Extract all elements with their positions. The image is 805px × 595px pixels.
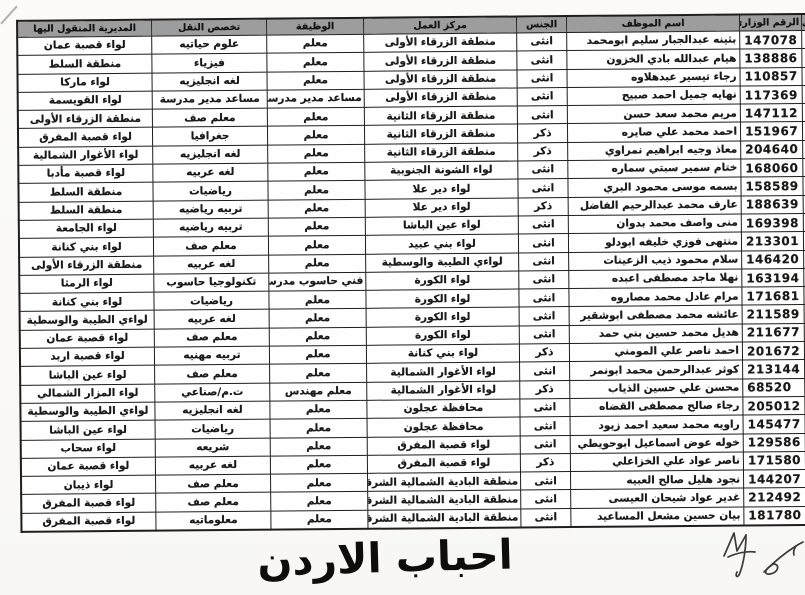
cell-employee_name: معاذ وجيه ابراهيم نمراوي [568,141,741,161]
cell-work_center: منطقة البادية الشمالية الشرقية [368,472,521,492]
cell-gender: انثى [517,106,567,125]
cell-gender: انثى [520,398,570,417]
cell-employee_name: احمد محمد علي صايره [567,123,740,143]
cell-transfer_specialty: معلم صف [152,108,267,127]
cell-gender: انثى [517,69,567,88]
cell-work_center: لواء قصبة المفرق [367,454,520,474]
cell-job_title: معلم [267,71,364,90]
cell-gender: انثى [520,417,570,436]
cell-work_center: لواء عين الباشا [365,216,518,236]
cell-directorate_to: لواء قصبة المفرق [21,494,156,513]
cell-job_title: معلم [267,34,364,53]
cell-gender: ذكر [520,380,570,399]
cell-employee_name: عائشه محمد مصطفى ابوشقير [569,305,742,325]
cell-work_center: منطقة الزرقاء الأولى [364,70,517,90]
cell-employee_name: بيان حسين مشعل المساعيد [571,507,744,527]
cell-job_title: معلم [268,199,365,218]
cell-employee_name: محسن علي حسين الذياب [570,379,743,399]
cell-job_title: معلم [267,53,364,72]
cell-work_center: لواء دير علا [365,198,518,218]
cell-ministry_number: 129586 [743,433,805,452]
cell-work_center: محافظة عجلون [367,399,520,419]
cell-employee_name: نهلا ماجد مصطفى اعبده [569,269,742,289]
cell-transfer_specialty: ت.م/صناعي [155,383,270,402]
cell-employee_name: ختام سمير سبتي سماره [568,159,741,179]
cell-employee_name: كوثر عبدالرحمن محمد ابونمر [570,360,743,380]
cell-job_title: معلم [269,254,366,273]
cell-transfer_specialty: مساعد مدير مدرسة [152,90,267,109]
cell-transfer_specialty: تربيه رياضيه [153,200,268,219]
cell-employee_name: غدير عواد شيحان العيسى [571,488,744,508]
cell-directorate_to: لواء الجامعة [19,219,154,238]
cell-gender: انثى [517,33,567,52]
cell-transfer_specialty: معلم صف [156,474,271,493]
cell-transfer_specialty: تربيه رياضيه [153,218,268,237]
cell-transfer_specialty: لغه انجليزيه [153,145,268,164]
cell-directorate_to: لواء بني كنانة [19,292,154,311]
cell-ministry_number: 169398 [741,213,803,232]
cell-transfer_specialty: لغه انجليزيه [155,401,270,420]
cell-job_title: معلم [268,181,365,200]
cell-job_title: معلم [270,437,367,456]
cell-directorate_to: لواء ماركا [18,73,153,92]
cell-job_title: معلم مهندس [270,382,367,401]
cell-gender: انثى [519,270,569,289]
cell-ministry_number: 204640 [741,140,803,159]
cell-directorate_to: لواءي الطيبة والوسطية [20,402,155,421]
cell-directorate_to: لواء سحاب [21,439,156,458]
cell-gender: انثى [517,87,567,106]
cell-gender: انثى [519,252,569,271]
cell-ministry_number: 205012 [743,396,805,415]
cell-job_title: معلم [271,510,368,530]
cell-work_center: لواء بني كنانة [366,344,519,364]
column-header-transfer_specialty: تخصص النقل [152,19,267,37]
cell-transfer_specialty: معلوماتيه [156,511,271,531]
cell-ministry_number: 147078 [740,31,802,50]
cell-transfer_specialty: لغه عربيه [154,255,269,274]
cell-work_center: منطقة الزرقاء الثانية [364,124,517,144]
cell-ministry_number: 117369 [740,85,802,104]
cell-employee_name: رجاء صالح مصطفى القضاه [570,397,743,417]
cell-employee_name: مريم محمد سعد حسن [567,104,740,124]
column-header-employee_name: اسم الموظف [567,15,740,33]
cell-transfer_specialty: رياضيات [154,291,269,310]
cell-employee_name: منى واصف محمد بدوان [568,214,741,234]
cell-ministry_number: 181780 [744,506,805,525]
cell-ministry_number: 213144 [743,360,805,379]
cell-gender: ذكر [519,344,569,363]
cell-ministry_number: 151967 [740,122,802,141]
cell-ministry_number: 211677 [742,323,804,342]
cell-directorate_to: لواء القويسمة [18,91,153,110]
column-header-job_title: الوظيفة [267,18,364,35]
cell-job_title: معلم [268,144,365,163]
cell-work_center: منطقة الزرقاء الأولى [364,51,517,71]
cell-directorate_to: لواء الرمثا [19,274,154,293]
cell-directorate_to: لواء ذيبان [21,475,156,494]
cell-directorate_to: لواء بني كنانة [19,237,154,256]
cell-ministry_number: 211589 [742,305,804,324]
cell-gender: انثى [519,325,569,344]
cell-job_title: معلم [269,309,366,328]
cell-job_title: معلم [268,217,365,236]
cell-directorate_to: منطقة السلط [17,54,152,73]
cell-job_title: معلم [267,108,364,127]
cell-job_title: معلم [270,364,367,383]
cell-transfer_specialty: فيزياء [152,53,267,72]
cell-job_title: معلم [271,492,368,511]
column-header-directorate_to: المديرية المنقول اليها [17,20,152,38]
cell-employee_name: راويه محمد سعيد احمد زيود [570,415,743,435]
cell-directorate_to: لواء الأغوار الشمالية [18,146,153,165]
column-header-work_center: مركز العمل [364,16,517,34]
cell-job_title: معلم [268,162,365,181]
cell-work_center: لواءي الطيبة والوسطية [366,253,519,273]
cell-employee_name: بثينه عبدالجبار سليم ابومحمد [567,31,740,51]
watermark-text: احباب الاردن [204,529,565,587]
cell-work_center: منطقة الزرقاء الثانية [364,106,517,126]
cell-ministry_number: 68520 [743,378,805,397]
cell-employee_name: منتهى فوزي خليفه ابودلو [568,232,741,252]
handwritten-signature-icon [720,526,805,586]
cell-job_title: معلم [270,400,367,419]
cell-directorate_to: منطقة الزرقاء الأولى [18,109,153,128]
cell-job_title: معلم [267,126,364,145]
cell-gender: انثى [517,51,567,70]
cell-employee_name: نهايه جميل احمد صبيح [567,86,740,106]
cell-work_center: لواء الأغوار الشمالية [367,362,520,382]
cell-directorate_to: لواء قصبة المفرق [18,128,153,147]
cell-directorate_to: منطقة السلط [18,183,153,202]
cell-transfer_specialty: تكنولوجيا حاسوب [154,273,269,292]
cell-directorate_to: منطقة السلط [19,201,154,220]
transfer-table-body: 28147078بثينه عبدالجبار سليم ابومحمدانثى… [17,30,805,532]
cell-employee_name: هديل محمد حسين بني حمد [569,324,742,344]
cell-transfer_specialty: لغه عربيه [154,310,269,329]
cell-ministry_number: 144207 [743,470,805,489]
cell-work_center: منطقة الزرقاء الأولى [364,33,517,53]
cell-transfer_specialty: لغه انجليزيه [152,72,267,91]
cell-directorate_to: لواء قصبة مأدبا [18,164,153,183]
cell-work_center: لواء الكورة [366,289,519,309]
cell-employee_name: رجاء تيسير عبدهلاوه [567,68,740,88]
cell-work_center: لواء الكورة [366,271,519,291]
cell-work_center: لواء بني عبيد [365,234,518,254]
cell-work_center: لواء الشونة الجنوبية [365,161,518,181]
cell-employee_name: مرام عادل محمد مصاروه [569,287,742,307]
cell-employee_name: عارف محمد عبدالرحيم الفاضل [568,196,741,216]
column-header-ministry_number: الرقم الوزاري [740,14,802,31]
cell-gender: ذكر [518,197,568,216]
cell-transfer_specialty: معلم صف [156,493,271,512]
cell-directorate_to: لواء عين الباشا [21,420,156,439]
cell-transfer_specialty: معلم صف [153,236,268,255]
cell-employee_name: بسمه موسى محمود البري [568,177,741,197]
cell-directorate_to: منطقة الزرقاء الأولى [19,256,154,275]
cell-ministry_number: 212492 [744,488,805,507]
cell-transfer_specialty: لغه عربيه [153,163,268,182]
cell-gender: انثى [518,234,568,253]
column-header-gender: الجنس [517,16,567,33]
cell-work_center: منطقة البادية الشمالية الشرقية [368,509,521,529]
cell-transfer_specialty: تربيه مهنيه [154,346,269,365]
cell-gender: انثى [520,472,570,491]
cell-gender: انثى [520,435,570,454]
cell-job_title: معلم [270,419,367,438]
cell-gender: انثى [521,508,571,527]
cell-serial: 28 [802,30,805,49]
cell-work_center: لواء الكورة [366,326,519,346]
cell-directorate_to: لواء قصبة عمان [17,36,152,55]
cell-ministry_number: 158589 [741,177,803,196]
cell-transfer_specialty: شريعه [155,438,270,457]
cell-employee_name: سلام محمود ذيب الزعينات [569,251,742,271]
cell-employee_name: خوله عوض اسماعيل ابوحويطي [570,434,743,454]
cell-employee_name: هيام عبدالله بادي الخزون [567,49,740,69]
cell-gender: ذكر [518,142,568,161]
cell-ministry_number: 145477 [743,415,805,434]
cell-work_center: منطقة الزرقاء الثانية [365,143,518,163]
cell-transfer_specialty: معلم صف [155,365,270,384]
cell-transfer_specialty: علوم حياتيه [152,35,267,54]
cell-job_title: مساعد مدير مدرسه [267,89,364,108]
cell-work_center: منطقة الزرقاء الأولى [364,88,517,108]
cell-gender: ذكر [517,124,567,143]
cell-ministry_number: 110857 [740,67,802,86]
transfer-table: تسلسلالرقم الوزارياسم الموظفالجنسمركز ال… [16,13,805,533]
cell-gender: انثى [518,216,568,235]
cell-transfer_specialty: رياضيات [155,419,270,438]
cell-transfer_specialty: رياضيات [153,182,268,201]
cell-ministry_number: 213301 [741,232,803,251]
cell-ministry_number: 168060 [741,159,803,178]
cell-employee_name: نجود هليل صالح العبيه [570,470,743,490]
cell-directorate_to: لواء قصبة اربد [20,347,155,366]
cell-transfer_specialty: جغرافيا [152,127,267,146]
transfer-table-container: تسلسلالرقم الوزارياسم الموظفالجنسمركز ال… [16,13,805,533]
cell-job_title: معلم [269,345,366,364]
cell-ministry_number: 201672 [742,342,804,361]
cell-work_center: منطقة البادية الشمالية الشرقية [368,490,521,510]
cell-job_title: معلم [268,236,365,255]
cell-gender: انثى [521,490,571,509]
cell-directorate_to: لواء قصبة عمان [21,457,156,476]
cell-job_title: فني حاسوب مدرسة [269,272,366,291]
cell-directorate_to: لواء عين الباشا [20,366,155,385]
cell-employee_name: احمد ناصر علي المومني [569,342,742,362]
cell-directorate_to: لواء المزار الشمالي [20,384,155,403]
cell-gender: انثى [518,179,568,198]
cell-ministry_number: 163194 [742,268,804,287]
cell-gender: انثى [519,289,569,308]
cell-employee_name: ناصر عواد علي الخزاعلي [570,452,743,472]
cell-ministry_number: 138886 [740,49,802,68]
cell-work_center: لواء الكورة [366,307,519,327]
cell-work_center: محافظة عجلون [367,417,520,437]
cell-ministry_number: 146420 [742,250,804,269]
cell-work_center: لواء دير علا [365,179,518,199]
cell-ministry_number: 147112 [740,104,802,123]
cell-ministry_number: 171580 [743,451,805,470]
cell-ministry_number: 171681 [742,287,804,306]
cell-gender: انثى [518,161,568,180]
document-page: تسلسلالرقم الوزارياسم الموظفالجنسمركز ال… [0,0,805,595]
cell-job_title: معلم [271,473,368,492]
cell-job_title: معلم [269,327,366,346]
cell-work_center: لواء قصبة المفرق [367,436,520,456]
cell-ministry_number: 188639 [741,195,803,214]
cell-gender: انثى [520,362,570,381]
cell-directorate_to: لواءي الطيبة والوسطية [20,311,155,330]
cell-directorate_to: لواء قصبة المفرق [21,512,156,532]
cell-transfer_specialty: لغه عربيه [155,456,270,475]
cell-gender: ذكر [520,453,570,472]
cell-transfer_specialty: معلم صف [154,328,269,347]
cell-job_title: معلم [269,290,366,309]
cell-job_title: معلم [270,455,367,474]
column-header-serial: تسلسل [802,14,805,31]
cell-work_center: لواء الأغوار الشمالية [367,381,520,401]
cell-gender: انثى [519,307,569,326]
cell-directorate_to: لواء قصبة عمان [20,329,155,348]
